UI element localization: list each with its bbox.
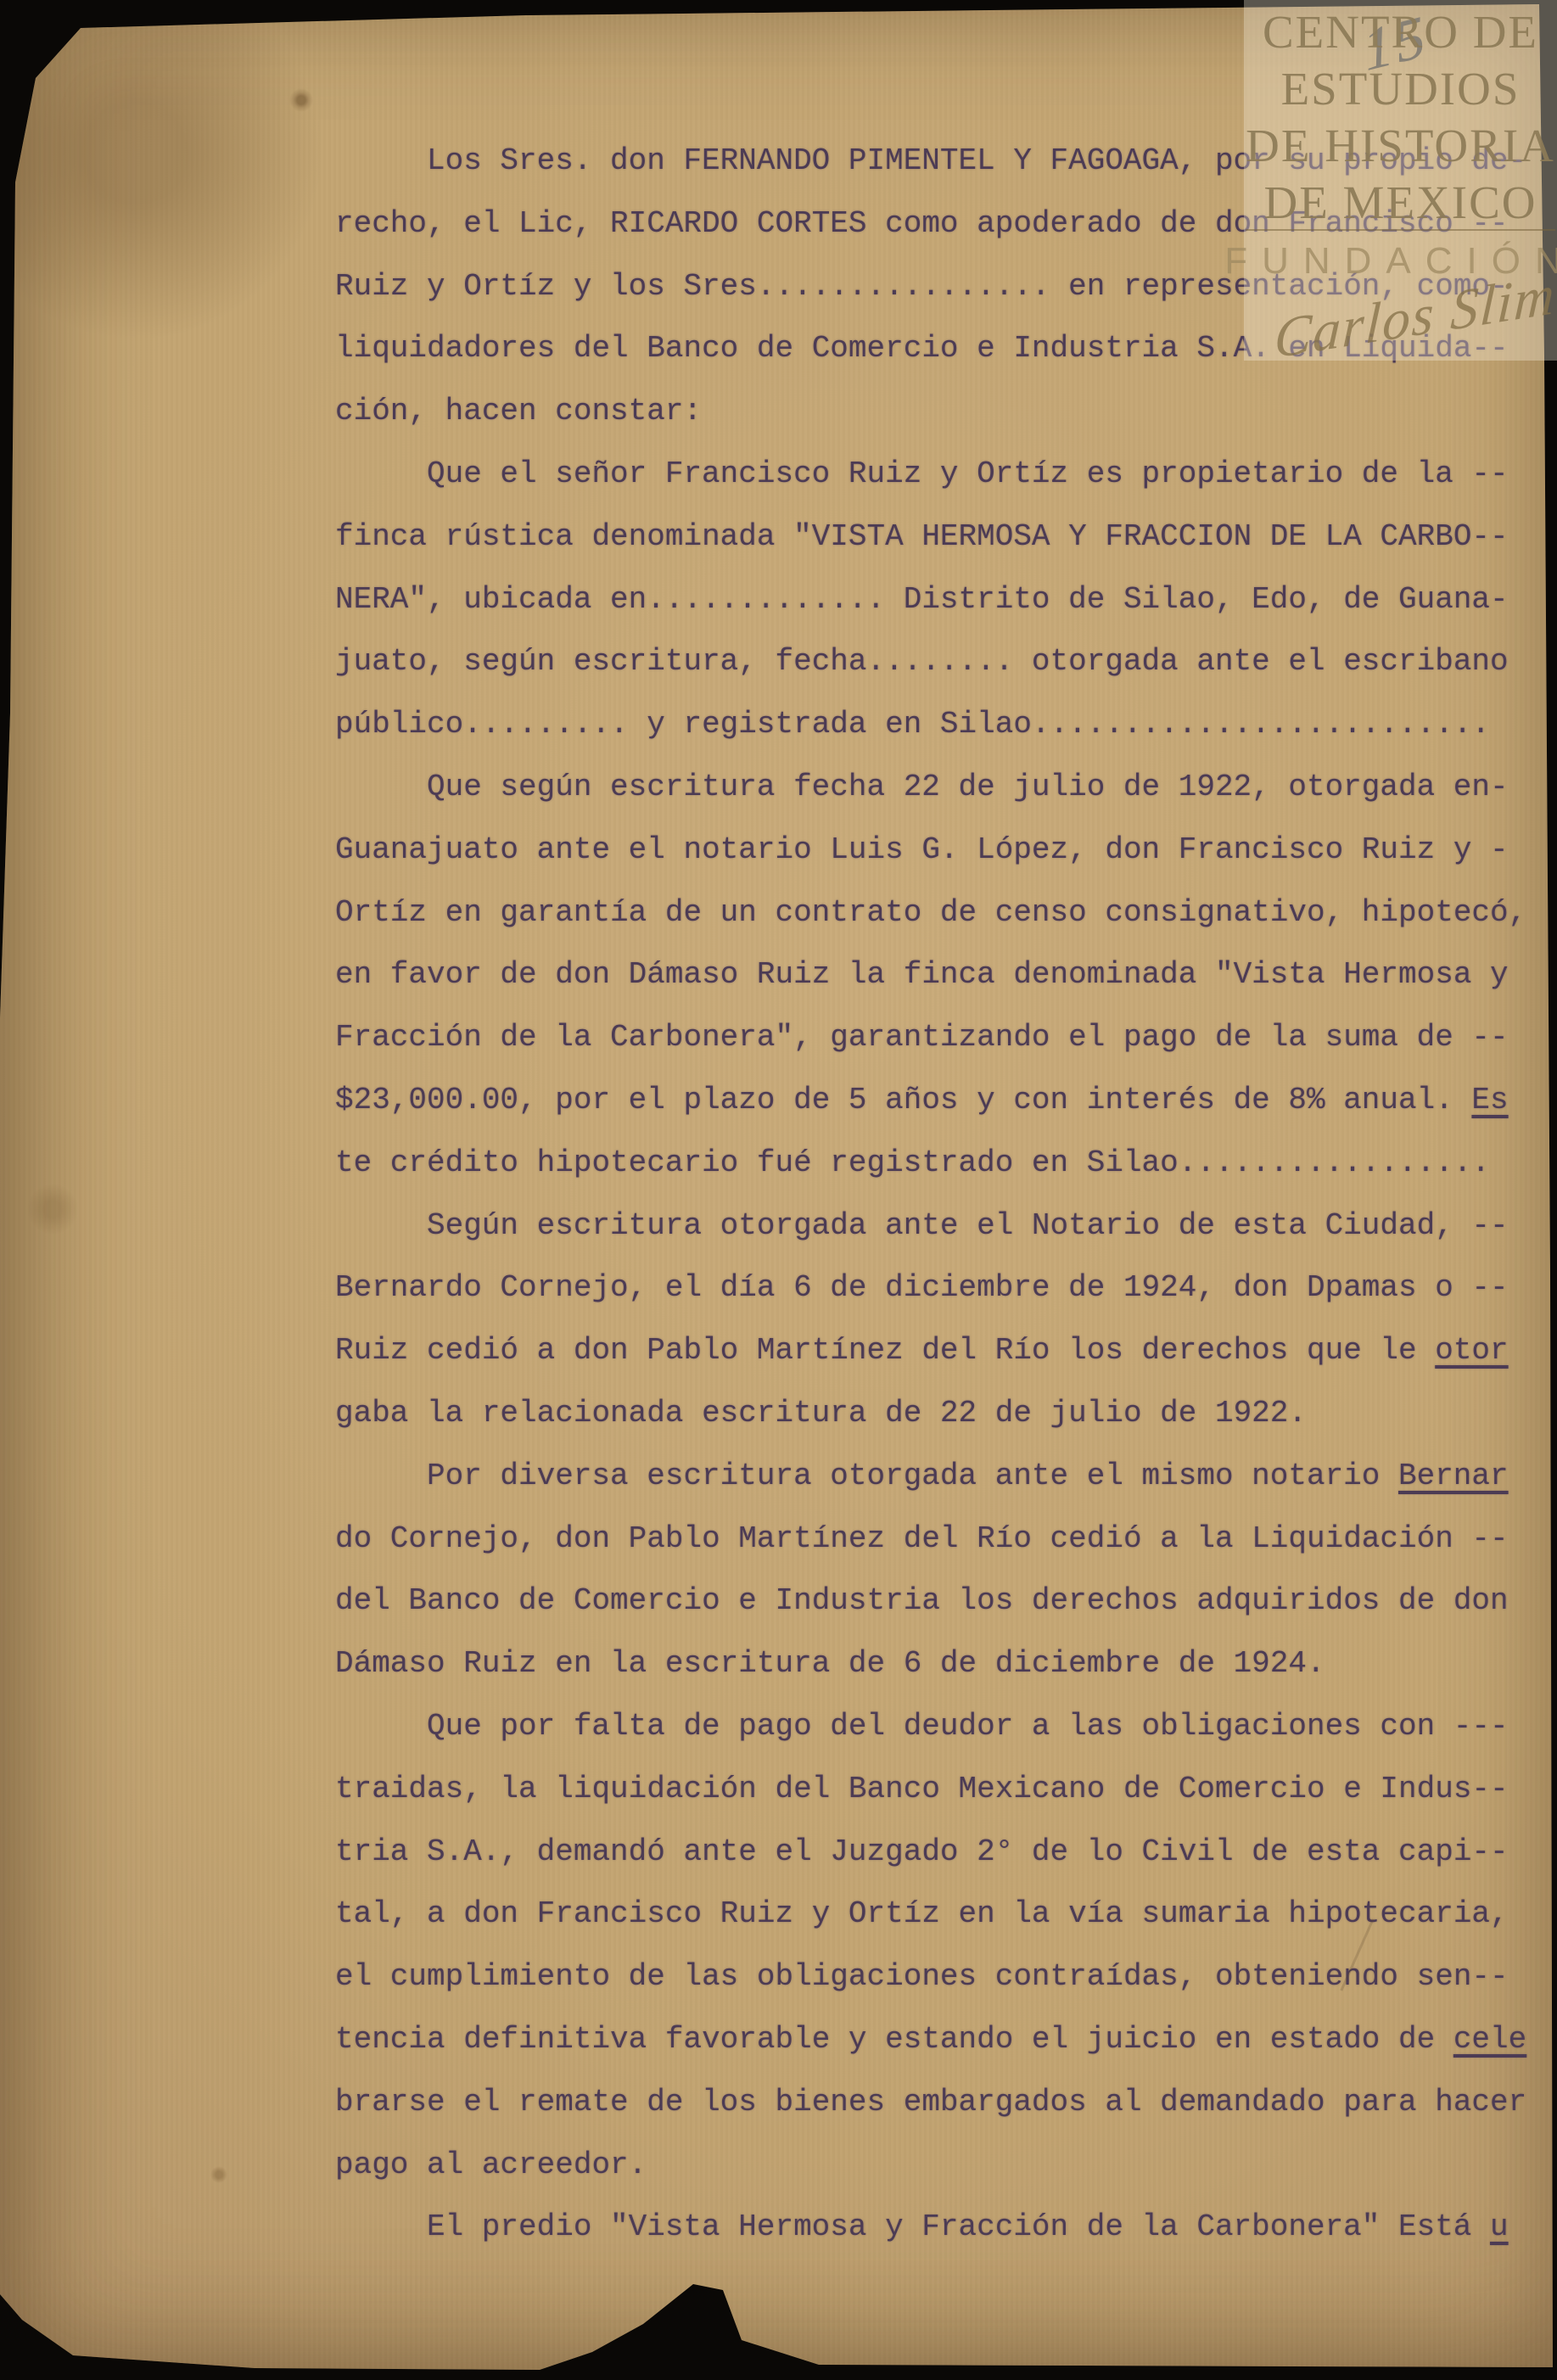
watermark-title: CENTRO DE ESTUDIOS DE HISTORIA DE MEXICO: [1246, 3, 1555, 231]
watermark-overlay: CENTRO DE ESTUDIOS DE HISTORIA DE MEXICO…: [1244, 0, 1557, 361]
typed-line: Que por falta de pago del deudor a las o…: [335, 1708, 1523, 1771]
typed-line: El predio "Vista Hermosa y Fracción de l…: [335, 2209, 1523, 2271]
watermark-line: DE HISTORIA: [1246, 117, 1555, 174]
typed-line: público......... y registrada en Silao..…: [335, 706, 1523, 769]
typed-line: Ruiz cedió a don Pablo Martínez del Río …: [335, 1332, 1523, 1395]
typed-line: Fracción de la Carbonera", garantizando …: [335, 1019, 1523, 1082]
typed-line: tencia definitiva favorable y estando el…: [335, 2021, 1523, 2084]
typed-line: traidas, la liquidación del Banco Mexica…: [335, 1771, 1523, 1834]
typed-line: finca rústica denominada "VISTA HERMOSA …: [335, 518, 1523, 581]
watermark-line: ESTUDIOS: [1246, 60, 1555, 117]
typed-line: Dámaso Ruiz en la escritura de 6 de dici…: [335, 1645, 1523, 1708]
typed-line: $23,000.00, por el plazo de 5 años y con…: [335, 1082, 1523, 1145]
typed-line: ción, hacen constar:: [335, 393, 1523, 456]
typed-line: del Banco de Comercio e Industria los de…: [335, 1582, 1523, 1645]
typed-line: Ortíz en garantía de un contrato de cens…: [335, 894, 1523, 957]
typed-line: en favor de don Dámaso Ruiz la finca den…: [335, 956, 1523, 1019]
typed-line: NERA", ubicada en............. Distrito …: [335, 581, 1523, 644]
typed-line: te crédito hipotecario fué registrado en…: [335, 1145, 1523, 1207]
scanned-document-canvas: Los Sres. don FERNANDO PIMENTEL Y FAGOAG…: [0, 0, 1557, 2380]
typed-line: el cumplimiento de las obligaciones cont…: [335, 1958, 1523, 2021]
typed-line: tria S.A., demandó ante el Juzgado 2° de…: [335, 1834, 1523, 1896]
typed-line: Que el señor Francisco Ruiz y Ortíz es p…: [335, 456, 1523, 518]
typed-text: Los Sres. don FERNANDO PIMENTEL Y FAGOAG…: [335, 143, 1523, 2271]
watermark-line: DE MEXICO: [1246, 174, 1555, 231]
typed-line: gaba la relacionada escritura de 22 de j…: [335, 1395, 1523, 1458]
typed-line: Que según escritura fecha 22 de julio de…: [335, 769, 1523, 832]
typed-line: juato, según escritura, fecha........ ot…: [335, 643, 1523, 706]
typed-line: Según escritura otorgada ante el Notario…: [335, 1207, 1523, 1270]
typed-line: Guanajuato ante el notario Luis G. López…: [335, 832, 1523, 894]
typed-line: tal, a don Francisco Ruiz y Ortíz en la …: [335, 1896, 1523, 1958]
typed-line: Por diversa escritura otorgada ante el m…: [335, 1458, 1523, 1520]
typed-line: brarse el remate de los bienes embargado…: [335, 2084, 1523, 2147]
typed-line: pago al acreedor.: [335, 2147, 1523, 2209]
typed-line: Bernardo Cornejo, el día 6 de diciembre …: [335, 1269, 1523, 1332]
watermark-rule: [1246, 229, 1555, 231]
typed-line: do Cornejo, don Pablo Martínez del Río c…: [335, 1520, 1523, 1583]
watermark-line: CENTRO DE: [1246, 3, 1555, 60]
